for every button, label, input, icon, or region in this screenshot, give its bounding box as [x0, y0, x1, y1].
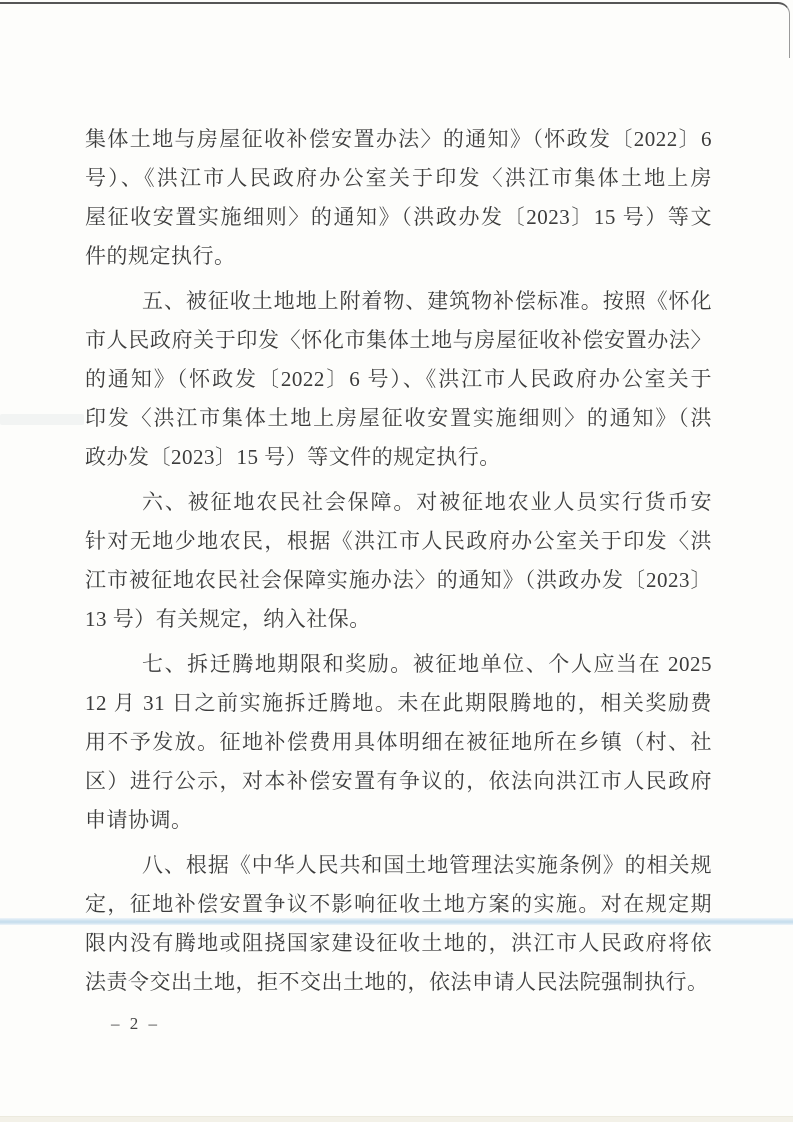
text-line: 屋征收安置实施细则〉的通知》（洪政办发〔2023〕15 号）等文: [85, 198, 712, 237]
document-body-text: 集体土地与房屋征收补偿安置办法〉的通知》（怀政发〔2022〕6 号）、《洪江市人…: [85, 120, 712, 1002]
text-line: 政办发〔2023〕15 号）等文件的规定执行。: [85, 438, 712, 477]
text-line: 法责令交出土地，拒不交出土地的，依法申请人民法院强制执行。: [85, 963, 712, 1002]
text-line: 集体土地与房屋征收补偿安置办法〉的通知》（怀政发〔2022〕6: [85, 120, 712, 159]
page-number: – 2 –: [111, 1014, 160, 1034]
scanned-document-page: 集体土地与房屋征收补偿安置办法〉的通知》（怀政发〔2022〕6 号）、《洪江市人…: [0, 0, 793, 1122]
text-line: 的通知》（怀政发〔2022〕6 号）、《洪江市人民政府办公室关于: [85, 360, 712, 399]
text-line: 印发〈洪江市集体土地上房屋征收安置实施细则〉的通知》（洪: [85, 399, 712, 438]
text-line: 号）、《洪江市人民政府办公室关于印发〈洪江市集体土地上房: [85, 159, 712, 198]
text-line: 件的规定执行。: [85, 237, 712, 276]
text-line: 定，征地补偿安置争议不影响征收土地方案的实施。对在规定期: [85, 885, 712, 924]
text-line: 申请协调。: [85, 801, 712, 840]
scan-top-edge-line: [0, 2, 790, 58]
text-line: 13 号）有关规定，纳入社保。: [85, 600, 712, 639]
text-line: 五、被征收土地地上附着物、建筑物补偿标准。按照《怀化: [85, 282, 712, 321]
text-line: 八、根据《中华人民共和国土地管理法实施条例》的相关规: [85, 846, 712, 885]
scan-bottom-edge-band: [0, 1116, 793, 1122]
text-line: 区）进行公示，对本补偿安置有争议的，依法向洪江市人民政府: [85, 762, 712, 801]
scan-left-margin-smudge: [0, 414, 84, 425]
text-line: 用不予发放。征地补偿费用具体明细在被征地所在乡镇（村、社: [85, 723, 712, 762]
text-line: 限内没有腾地或阻挠国家建设征收土地的，洪江市人民政府将依: [85, 924, 712, 963]
text-line: 六、被征地农民社会保障。对被征地农业人员实行货币安置。: [85, 483, 712, 522]
text-line: 江市被征地农民社会保障实施办法〉的通知》（洪政办发〔2023〕: [85, 561, 712, 600]
text-line: 12 月 31 日之前实施拆迁腾地。未在此期限腾地的，相关奖励费: [85, 684, 712, 723]
text-line: 市人民政府关于印发〈怀化市集体土地与房屋征收补偿安置办法〉: [85, 321, 712, 360]
text-line: 七、拆迁腾地期限和奖励。被征地单位、个人应当在 2025 年: [85, 645, 712, 684]
text-line: 针对无地少地农民，根据《洪江市人民政府办公室关于印发〈洪: [85, 522, 712, 561]
